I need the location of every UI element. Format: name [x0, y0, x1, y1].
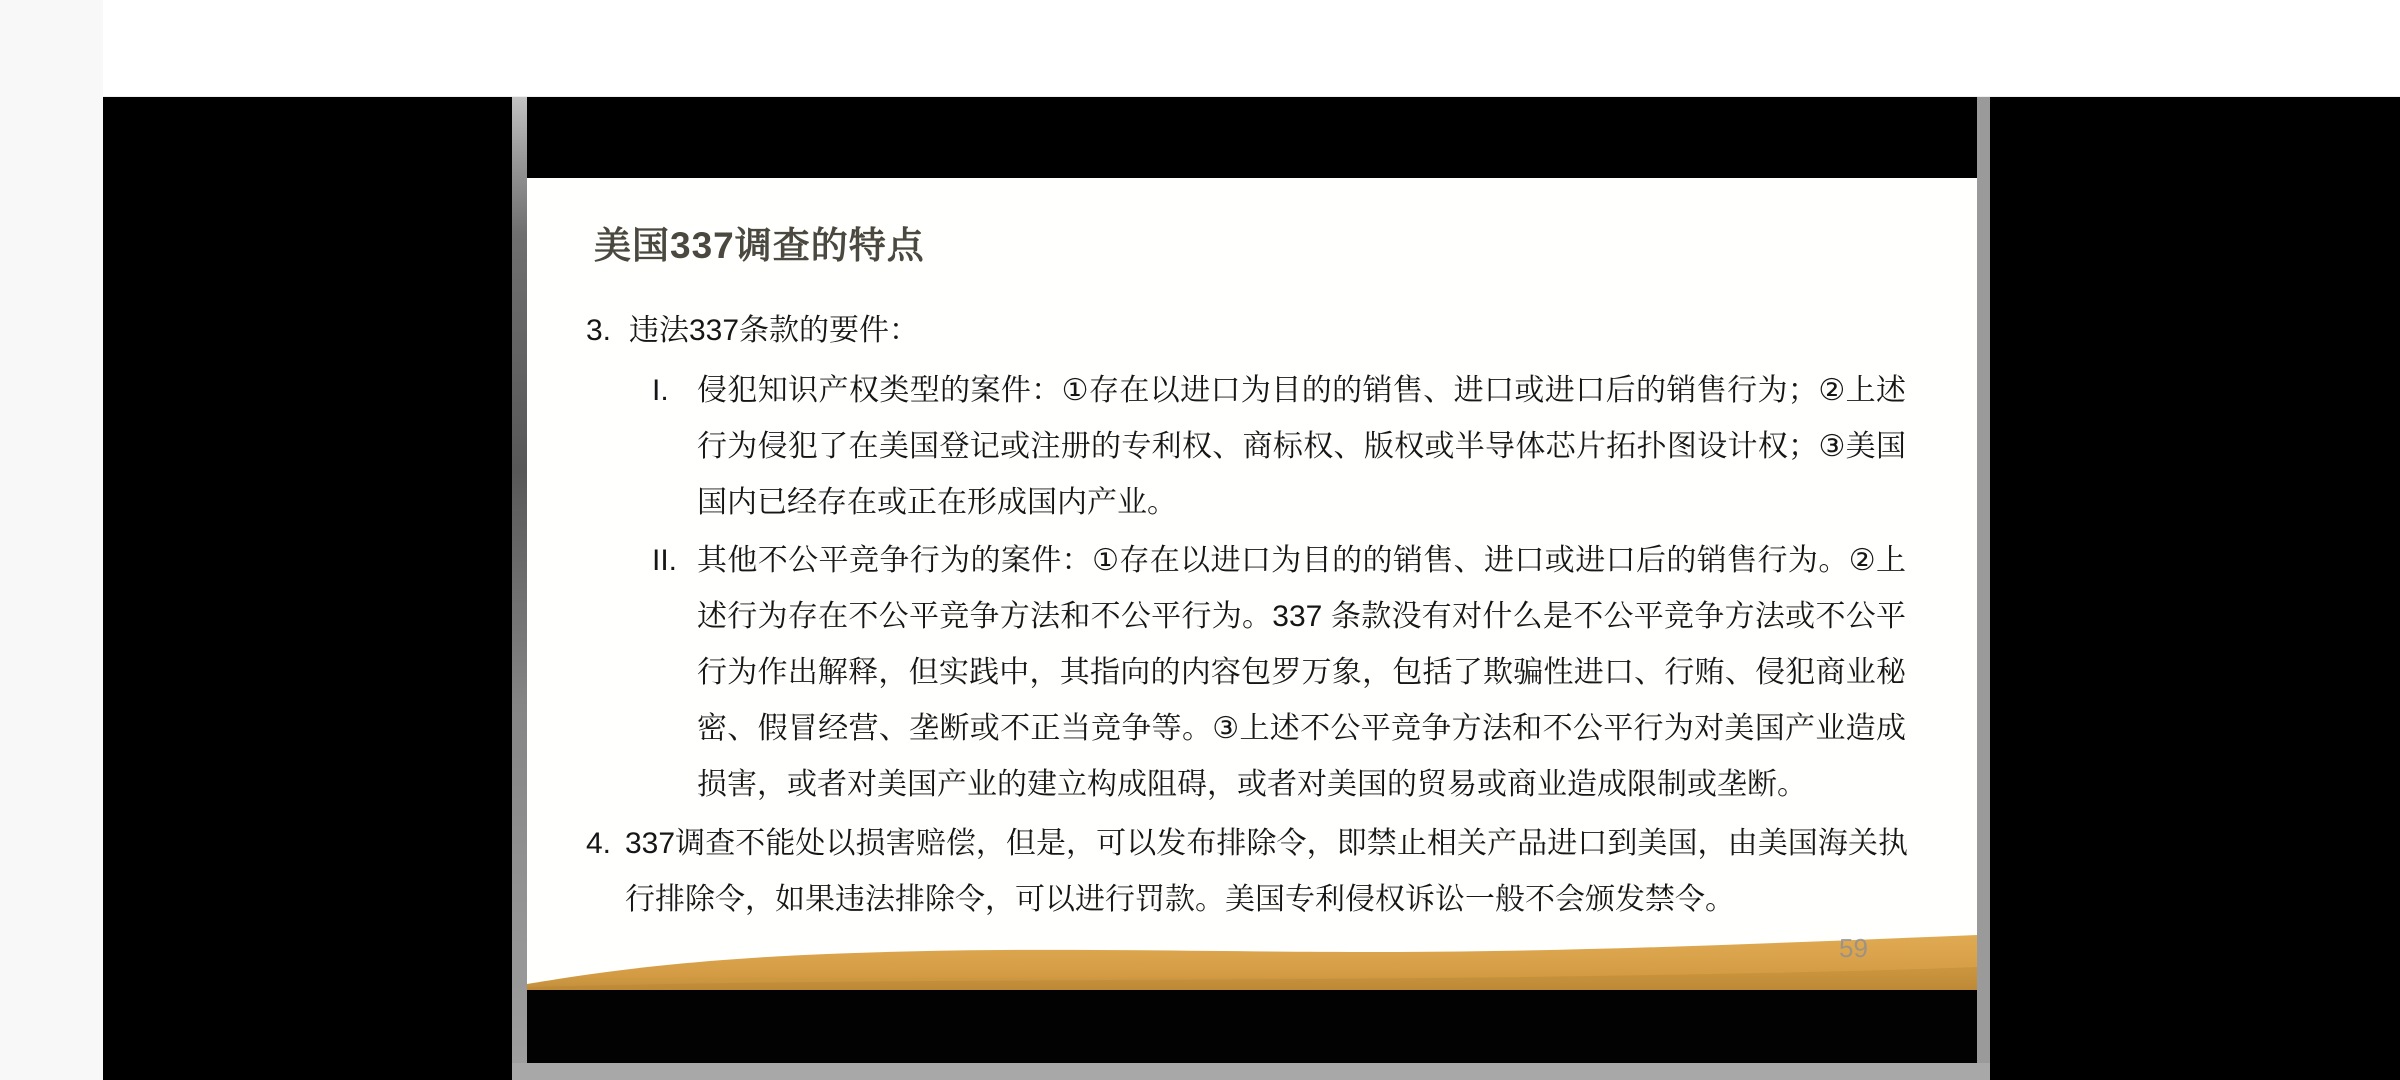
slide-body: 3. 违法337条款的要件： I. 侵犯知识产权类型的案件：①存在以进口为目的的… [586, 303, 1908, 928]
bottom-gray-strip [512, 1063, 1990, 1080]
presentation-slide: 美国337调查的特点 3. 违法337条款的要件： I. 侵犯知识产权类型的案件… [527, 97, 1977, 1063]
gold-wave-svg [527, 930, 1977, 990]
item-3-number: 3. [586, 303, 629, 359]
top-white-strip [103, 0, 2400, 97]
gold-wave-decoration [527, 930, 1977, 990]
left-splitter-line [512, 97, 527, 1080]
item-3-text: 违法337条款的要件： [629, 303, 1908, 359]
slide-top-black-bar [527, 97, 1977, 178]
slide-title: 美国337调查的特点 [594, 215, 925, 269]
list-item-4: 4. 337调查不能处以损害赔偿，但是，可以发布排除令，即禁止相关产品进口到美国… [586, 816, 1908, 928]
screen: 美国337调查的特点 3. 违法337条款的要件： I. 侵犯知识产权类型的案件… [0, 0, 2400, 1080]
left-rail-panel [0, 0, 103, 1080]
sub-item-I-text: 侵犯知识产权类型的案件：①存在以进口为目的的销售、进口或进口后的销售行为；②上述… [697, 363, 1906, 531]
sub-item-I: I. 侵犯知识产权类型的案件：①存在以进口为目的的销售、进口或进口后的销售行为；… [586, 363, 1908, 531]
slide-bottom-black-bar [527, 990, 1977, 1063]
sub-item-II-text: 其他不公平竞争行为的案件：①存在以进口为目的的销售、进口或进口后的销售行为。②上… [697, 533, 1906, 813]
right-splitter-line [1977, 97, 1990, 1080]
item-4-text: 337调查不能处以损害赔偿，但是，可以发布排除令，即禁止相关产品进口到美国，由美… [625, 816, 1908, 928]
sub-item-II: II. 其他不公平竞争行为的案件：①存在以进口为目的的销售、进口或进口后的销售行… [586, 533, 1908, 813]
slide-page-number: 59 [1839, 933, 1868, 964]
sub-item-II-numeral: II. [652, 533, 697, 589]
sub-item-I-numeral: I. [652, 363, 697, 419]
sub-list: I. 侵犯知识产权类型的案件：①存在以进口为目的的销售、进口或进口后的销售行为；… [586, 363, 1908, 813]
list-item-3: 3. 违法337条款的要件： [586, 303, 1908, 359]
item-4-number: 4. [586, 816, 625, 872]
